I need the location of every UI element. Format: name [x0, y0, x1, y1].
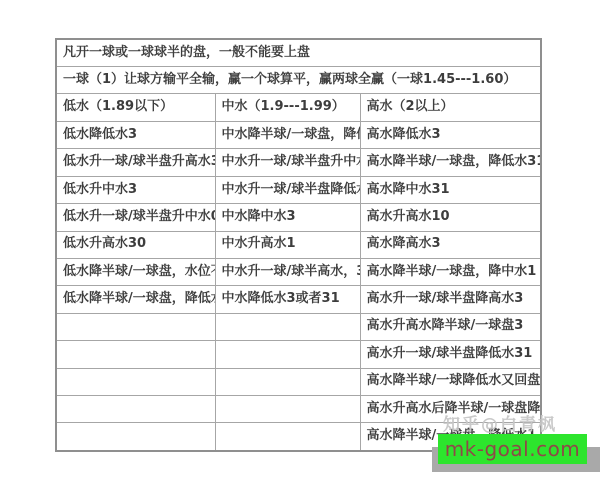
- column-header-mid-water: 中水（1.9---1.99）: [215, 94, 360, 122]
- table-cell: [56, 423, 215, 451]
- table-cell: 中水降低水3或者31: [215, 286, 360, 313]
- column-header-low-water: 低水（1.89以下）: [56, 94, 215, 122]
- table-row: 低水降半球/一球盘，降低水3 中水降低水3或者31 高水升一球/球半盘降高水3: [56, 286, 541, 313]
- table-cell: 中水升一球/球半盘降低水31: [215, 176, 360, 203]
- table-row: 低水降低水3 中水降半球/一球盘，降低水3 高水降低水3: [56, 122, 541, 149]
- odds-table: 凡开一球或一球球半的盘，一般不能要上盘 一球（1）让球方输平全输，赢一个球算平，…: [55, 38, 542, 452]
- note-row: 一球（1）让球方输平全输，赢一个球算平，赢两球全赢（一球1.45---1.60）: [56, 67, 541, 94]
- table-cell: 低水升中水3: [56, 176, 215, 203]
- table-cell: 中水升一球/球半盘升中水0: [215, 149, 360, 176]
- table-cell: [56, 395, 215, 422]
- table-cell: 高水降半球/一球降低水又回盘回水1: [360, 368, 541, 395]
- table-cell: 高水升高水降半球/一球盘3: [360, 313, 541, 340]
- note-row: 凡开一球或一球球半的盘，一般不能要上盘: [56, 39, 541, 67]
- table-cell: 中水降中水3: [215, 204, 360, 231]
- table-cell: 高水降半球/一球盘，降中水1: [360, 258, 541, 285]
- table-cell: 高水升一球/球半盘降高水3: [360, 286, 541, 313]
- table-cell: [215, 341, 360, 368]
- table-row: 高水升一球/球半盘降低水31: [56, 341, 541, 368]
- table-cell: 低水升一球/球半盘升中水0: [56, 204, 215, 231]
- table-row: 低水升一球/球半盘升高水3 中水升一球/球半盘升中水0 高水降半球/一球盘，降低…: [56, 149, 541, 176]
- table-cell: 低水降半球/一球盘，水位不变1: [56, 258, 215, 285]
- zhihu-author-watermark: 知乎@白青枫: [443, 410, 557, 435]
- table-cell: 高水降低水3: [360, 122, 541, 149]
- note-text: 一球（1）让球方输平全输，赢一个球算平，赢两球全赢（一球1.45---1.60）: [56, 67, 541, 94]
- table-row: 高水降半球/一球降低水又回盘回水1: [56, 368, 541, 395]
- table-row: 低水升高水30 中水升高水1 高水降高水3: [56, 231, 541, 258]
- table-cell: 高水升高水10: [360, 204, 541, 231]
- table-cell: 低水升高水30: [56, 231, 215, 258]
- table-cell: 低水降半球/一球盘，降低水3: [56, 286, 215, 313]
- table-cell: [56, 341, 215, 368]
- table-cell: 中水升一球/球半高水，3: [215, 258, 360, 285]
- table-cell: 高水降高水3: [360, 231, 541, 258]
- page: 凡开一球或一球球半的盘，一般不能要上盘 一球（1）让球方输平全输，赢一个球算平，…: [0, 0, 600, 480]
- table-row: 低水降半球/一球盘，水位不变1 中水升一球/球半高水，3 高水降半球/一球盘，降…: [56, 258, 541, 285]
- table-cell: [215, 313, 360, 340]
- table-row: 高水升高水降半球/一球盘3: [56, 313, 541, 340]
- table-row: 低水升一球/球半盘升中水0 中水降中水3 高水升高水10: [56, 204, 541, 231]
- table-cell: 中水升高水1: [215, 231, 360, 258]
- table-cell: 高水降半球/一球盘，降低水310: [360, 149, 541, 176]
- table-cell: [215, 368, 360, 395]
- table-cell: [56, 368, 215, 395]
- table-cell: 低水降低水3: [56, 122, 215, 149]
- table-cell: [56, 313, 215, 340]
- table-cell: [215, 423, 360, 451]
- note-text: 凡开一球或一球球半的盘，一般不能要上盘: [56, 39, 541, 67]
- table-cell: 高水降中水31: [360, 176, 541, 203]
- water-level-table: 凡开一球或一球球半的盘，一般不能要上盘 一球（1）让球方输平全输，赢一个球算平，…: [55, 38, 542, 452]
- table-cell: [215, 395, 360, 422]
- table-row: 低水升中水3 中水升一球/球半盘降低水31 高水降中水31: [56, 176, 541, 203]
- table-cell: 中水降半球/一球盘，降低水3: [215, 122, 360, 149]
- table-cell: 低水升一球/球半盘升高水3: [56, 149, 215, 176]
- table-cell: 高水升一球/球半盘降低水31: [360, 341, 541, 368]
- column-header-high-water: 高水（2以上）: [360, 94, 541, 122]
- site-watermark: mk-goal.com: [438, 434, 587, 464]
- header-row: 低水（1.89以下） 中水（1.9---1.99） 高水（2以上）: [56, 94, 541, 122]
